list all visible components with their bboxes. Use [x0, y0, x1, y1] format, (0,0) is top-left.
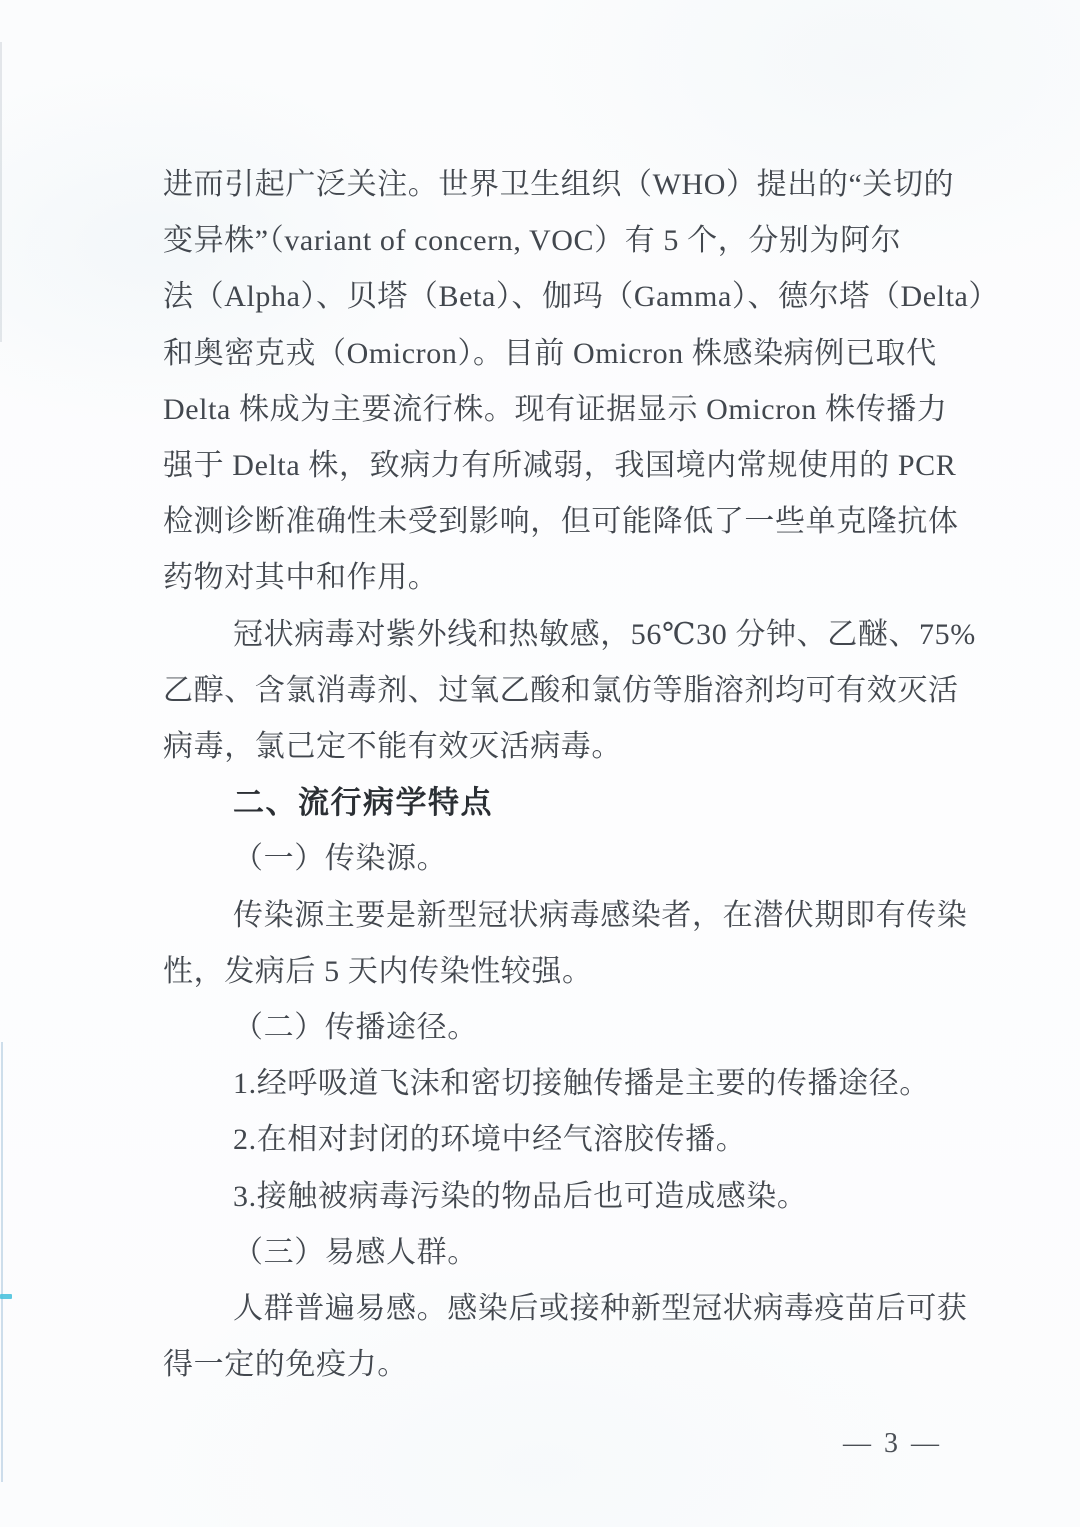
numbered-item: 2.在相对封闭的环境中经气溶胶传播。: [163, 1112, 939, 1168]
text-line: 药物对其中和作用。: [163, 550, 939, 606]
text-line: 检测诊断准确性未受到影响，但可能降低了一些单克隆抗体: [163, 494, 939, 550]
scan-edge-line: [1, 1042, 3, 1482]
text-line: 病毒，氯己定不能有效灭活病毒。: [163, 719, 939, 775]
text-line: 法（Alpha）、贝塔（Beta）、伽玛（Gamma）、德尔塔（Delta）: [163, 269, 939, 325]
text-line: 传染源主要是新型冠状病毒感染者，在潜伏期即有传染: [163, 888, 939, 944]
text-line: 人群普遍易感。感染后或接种新型冠状病毒疫苗后可获: [163, 1281, 939, 1337]
subsection-label: （二）传播途径。: [163, 1000, 939, 1056]
section-heading: 二、流行病学特点: [163, 775, 939, 831]
text-line: 乙醇、含氯消毒剂、过氧乙酸和氯仿等脂溶剂均可有效灭活: [163, 663, 939, 719]
scan-edge-smudge: [0, 42, 2, 342]
numbered-item: 3.接触被病毒污染的物品后也可造成感染。: [163, 1169, 939, 1225]
text-line: 性，发病后 5 天内传染性较强。: [163, 944, 939, 1000]
subsection-label: （三）易感人群。: [163, 1225, 939, 1281]
text-line: 冠状病毒对紫外线和热敏感，56℃30 分钟、乙醚、75%: [163, 607, 939, 663]
subsection-label: （一）传染源。: [163, 831, 939, 887]
numbered-item: 1.经呼吸道飞沫和密切接触传播是主要的传播途径。: [163, 1056, 939, 1112]
text-line: 变异株”（variant of concern, VOC）有 5 个，分别为阿尔: [163, 213, 939, 269]
document-page: 进而引起广泛关注。世界卫生组织（WHO）提出的“关切的 变异株”（variant…: [0, 0, 1080, 1527]
text-line: 和奥密克戎（Omicron）。目前 Omicron 株感染病例已取代: [163, 326, 939, 382]
text-line: 强于 Delta 株，致病力有所减弱，我国境内常规使用的 PCR: [163, 438, 939, 494]
text-line: 得一定的免疫力。: [163, 1337, 939, 1393]
scan-cyan-tick: [0, 1294, 12, 1299]
text-line: Delta 株成为主要流行株。现有证据显示 Omicron 株传播力: [163, 382, 939, 438]
text-line: 进而引起广泛关注。世界卫生组织（WHO）提出的“关切的: [163, 157, 939, 213]
page-number: — 3 —: [843, 1428, 942, 1460]
text-block: 进而引起广泛关注。世界卫生组织（WHO）提出的“关切的 变异株”（variant…: [163, 157, 939, 1393]
